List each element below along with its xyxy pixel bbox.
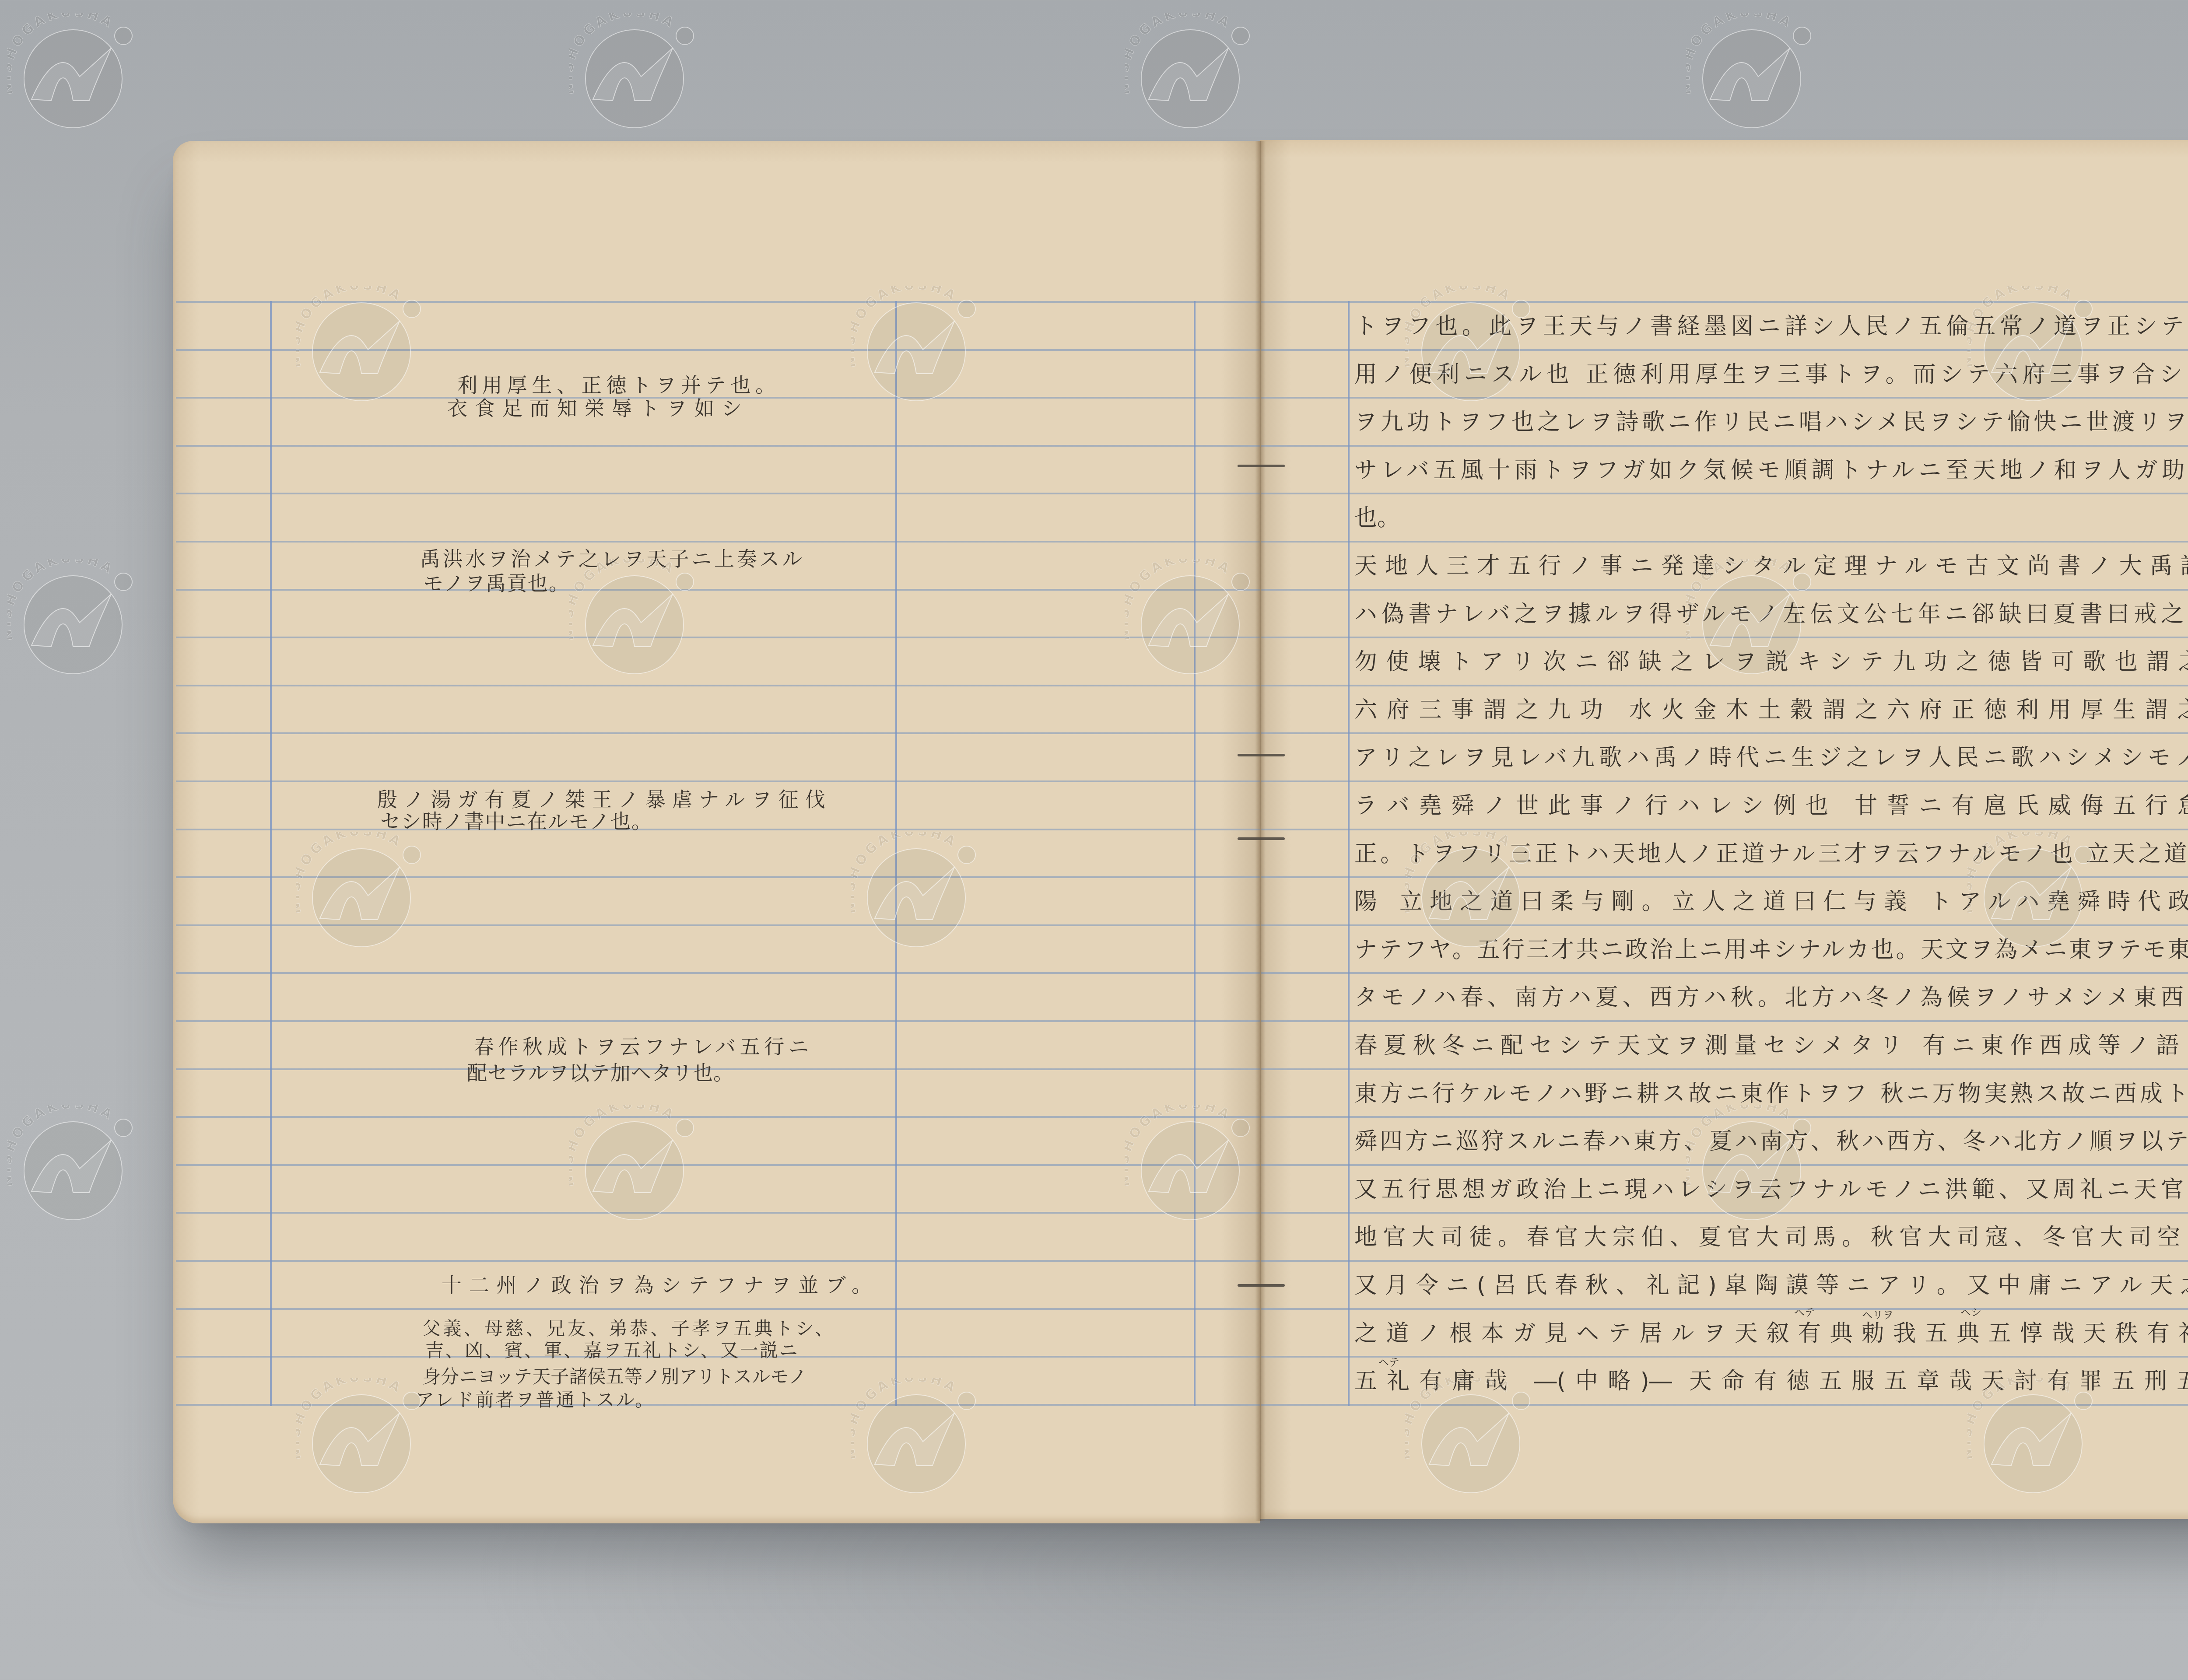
text-line: タモノハ春、南方ハ夏、西方ハ秋。北方ハ冬ノ為候ヲノサメシメ東西南北ヲ <box>1354 984 2188 1011</box>
text-line: 勿使壊トアリ次ニ郤缺之レヲ説キシテ九功之徳皆可歌也謂之九歌 <box>1354 649 2188 675</box>
text-line: 身分ニヨッテ天子諸侯五等ノ別アリトスルモノ <box>422 1366 801 1387</box>
stitch-mark <box>1238 1284 1285 1287</box>
text-line: ハ偽書ナレバ之ヲ據ルヲ得ザルモノ左伝文公七年ニ郤缺曰夏書曰戒之…中略 <box>1354 601 2188 627</box>
watermark-logo-icon <box>0 550 132 674</box>
text-line: 也。 <box>1354 505 1400 531</box>
watermark-logo-icon <box>560 4 694 128</box>
text-line: 配セラルヲ以テ加ヘタリ也。 <box>467 1061 733 1084</box>
watermark-logo-icon <box>0 1096 132 1220</box>
stitch-mark <box>1238 465 1285 467</box>
text-line: 正。トヲフリ三正トハ天地人ノ正道ナル三才ヲ云フナルモノ也 立天之道曰陰与 <box>1354 841 2188 867</box>
text-line: 春作秋成トヲ云フナレバ五行ニ <box>474 1035 809 1058</box>
margin-line-right-inner <box>1348 301 1350 1406</box>
ruby-annotation: ヘリヲ <box>1862 1309 1893 1321</box>
text-line: 又五行思想ガ政治上ニ現ハレシヲ云フナルモノニ洪範、又周礼ニ天官冢宰、 <box>1354 1176 2188 1203</box>
text-line: 十二州ノ政治ヲ為シテフナヲ並ブ。 <box>442 1274 872 1296</box>
text-line: トヲフ也。此ヲ王天与ノ書経墨図ニ詳シ人民ノ五倫五常ノ道ヲ正シテ生活上 <box>1354 313 2188 339</box>
watermark-logo-icon <box>1677 4 1811 128</box>
ruby-annotation: ヘテ <box>1378 1356 1399 1368</box>
text-line: 六府三事謂之九功 水火金木土穀謂之六府正徳利用厚生謂之三事 <box>1354 697 2188 723</box>
watermark-logo-icon <box>1116 4 1249 128</box>
margin-line-left-outer <box>270 301 272 1406</box>
text-line: 之道ノ根本ガ見ヘテ居ルヲ天叙有典勅我五典五惇哉天秩有礼自我 <box>1354 1320 2188 1347</box>
stitch-mark <box>1238 754 1285 756</box>
text-line: ヲ九功トヲフ也之レヲ詩歌ニ作リ民ニ唱ハシメ民ヲシテ愉快ニ世渡リヲナスル <box>1354 409 2188 435</box>
watermark-logo-icon <box>0 4 132 128</box>
text-line: 吉、凶、賓、軍、嘉ヲ五礼トシ、又一説ニ <box>425 1340 798 1361</box>
text-line: 父義、母慈、兄友、弟恭、子孝ヲ五典トシ、 <box>422 1318 833 1339</box>
text-line: 五礼有庸哉 ―(中略)― 天命有徳五服五章哉天討有罪五刑五用哉 <box>1354 1368 2188 1394</box>
text-line: モノヲ禹貢也。 <box>423 572 569 595</box>
stitch-mark <box>1238 837 1285 840</box>
text-line: 東方ニ行ケルモノハ野ニ耕ス故ニ東作トヲフ 秋ニ万物実熟ス故ニ西成トヲフ。 <box>1354 1081 2188 1107</box>
ruby-annotation: ヘテ <box>1794 1306 1815 1319</box>
text-line: 春夏秋冬ニ配セシテ天文ヲ測量セシメタリ 有ニ東作西成等ノ語アリ。 <box>1354 1032 2188 1059</box>
ruled-lines-left <box>176 301 1260 1406</box>
margin-line-left-inner <box>1194 301 1196 1406</box>
text-line: 舜四方ニ巡狩スルニ春ハ東方、夏ハ南方、秋ハ西方、冬ハ北方ノ順ヲ以テ為ナリ <box>1354 1128 2188 1155</box>
book-gutter <box>1255 141 1266 1521</box>
ruby-annotation: ヘシ <box>1960 1306 1981 1319</box>
text-line: セシ時ノ書中ニ在ルモノ也。 <box>380 810 652 833</box>
text-line: アリ之レヲ見レバ九歌ハ禹ノ時代ニ生ジ之レヲ人民ニ歌ハシメシモノ也 然 <box>1354 745 2188 771</box>
text-line: アレド前者ヲ普通トスル。 <box>416 1389 653 1410</box>
text-line: 地官大司徒。春官大宗伯、夏官大司馬。秋官大司寇、冬官大司空トアリ <box>1354 1224 2188 1250</box>
text-line: ナテフヤ。五行三才共ニ政治上ニ用ヰシナルカ也。天文ヲ為メニ東ヲテモ東方ニヲ <box>1354 937 2188 963</box>
text-line: 陽 立地之道曰柔与剛。立人之道曰仁与義 トアルハ堯舜時代政治ヲ <box>1354 889 2188 915</box>
text-line: 用ノ便利ニスル也 正徳利用厚生ヲ三事トヲ。而シテ六府三事ヲ合シテ九者 <box>1354 361 2188 388</box>
text-line: サレバ五風十雨トヲフガ如ク気候モ順調トナルニ至天地ノ和ヲ人ガ助ケタリ <box>1354 457 2188 483</box>
text-line: 天地人三才五行ノ事ニ発達シタル定理ナルモ古文尚書ノ大禹謨ノ文 <box>1354 553 2188 579</box>
text-line: 禹洪水ヲ治メテ之レヲ天子ニ上奏スル <box>420 547 802 570</box>
text-line: ラバ堯舜ノ世此事ノ行ハレシ例也 甘誓ニ有扈氏威侮五行怠棄三 <box>1354 793 2188 819</box>
text-line: 又月令ニ(呂氏春秋、礼記)皐陶謨等ニアリ。又中庸ニアル天之命謂 <box>1354 1272 2188 1298</box>
text-line: 衣食足而知栄辱トヲ如シ <box>447 397 742 420</box>
text-line: 利用厚生、正徳トヲ并テ也。 <box>457 374 775 396</box>
margin-line-left-middle <box>895 301 897 1406</box>
text-line: 殷ノ湯ガ有夏ノ桀王ノ暴虐ナルヲ征伐 <box>377 788 825 811</box>
